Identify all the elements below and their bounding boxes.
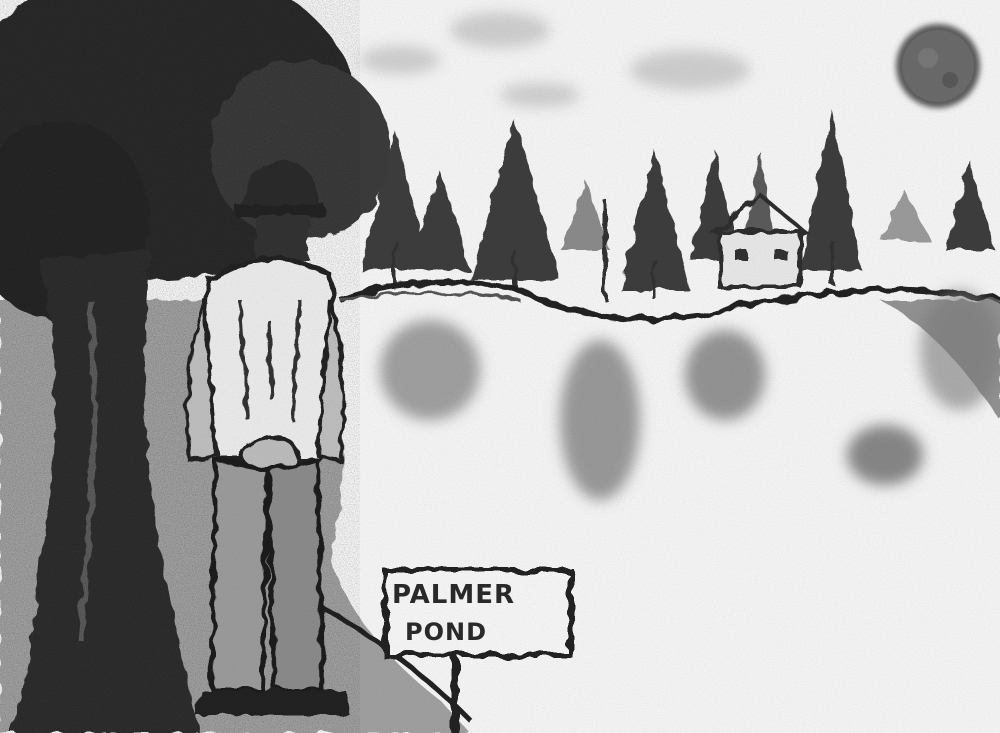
paper-grain (0, 0, 1000, 733)
sketch-canvas: PALMER POND (0, 0, 1000, 733)
pencil-sketch-scene: PALMER POND (0, 0, 1000, 733)
